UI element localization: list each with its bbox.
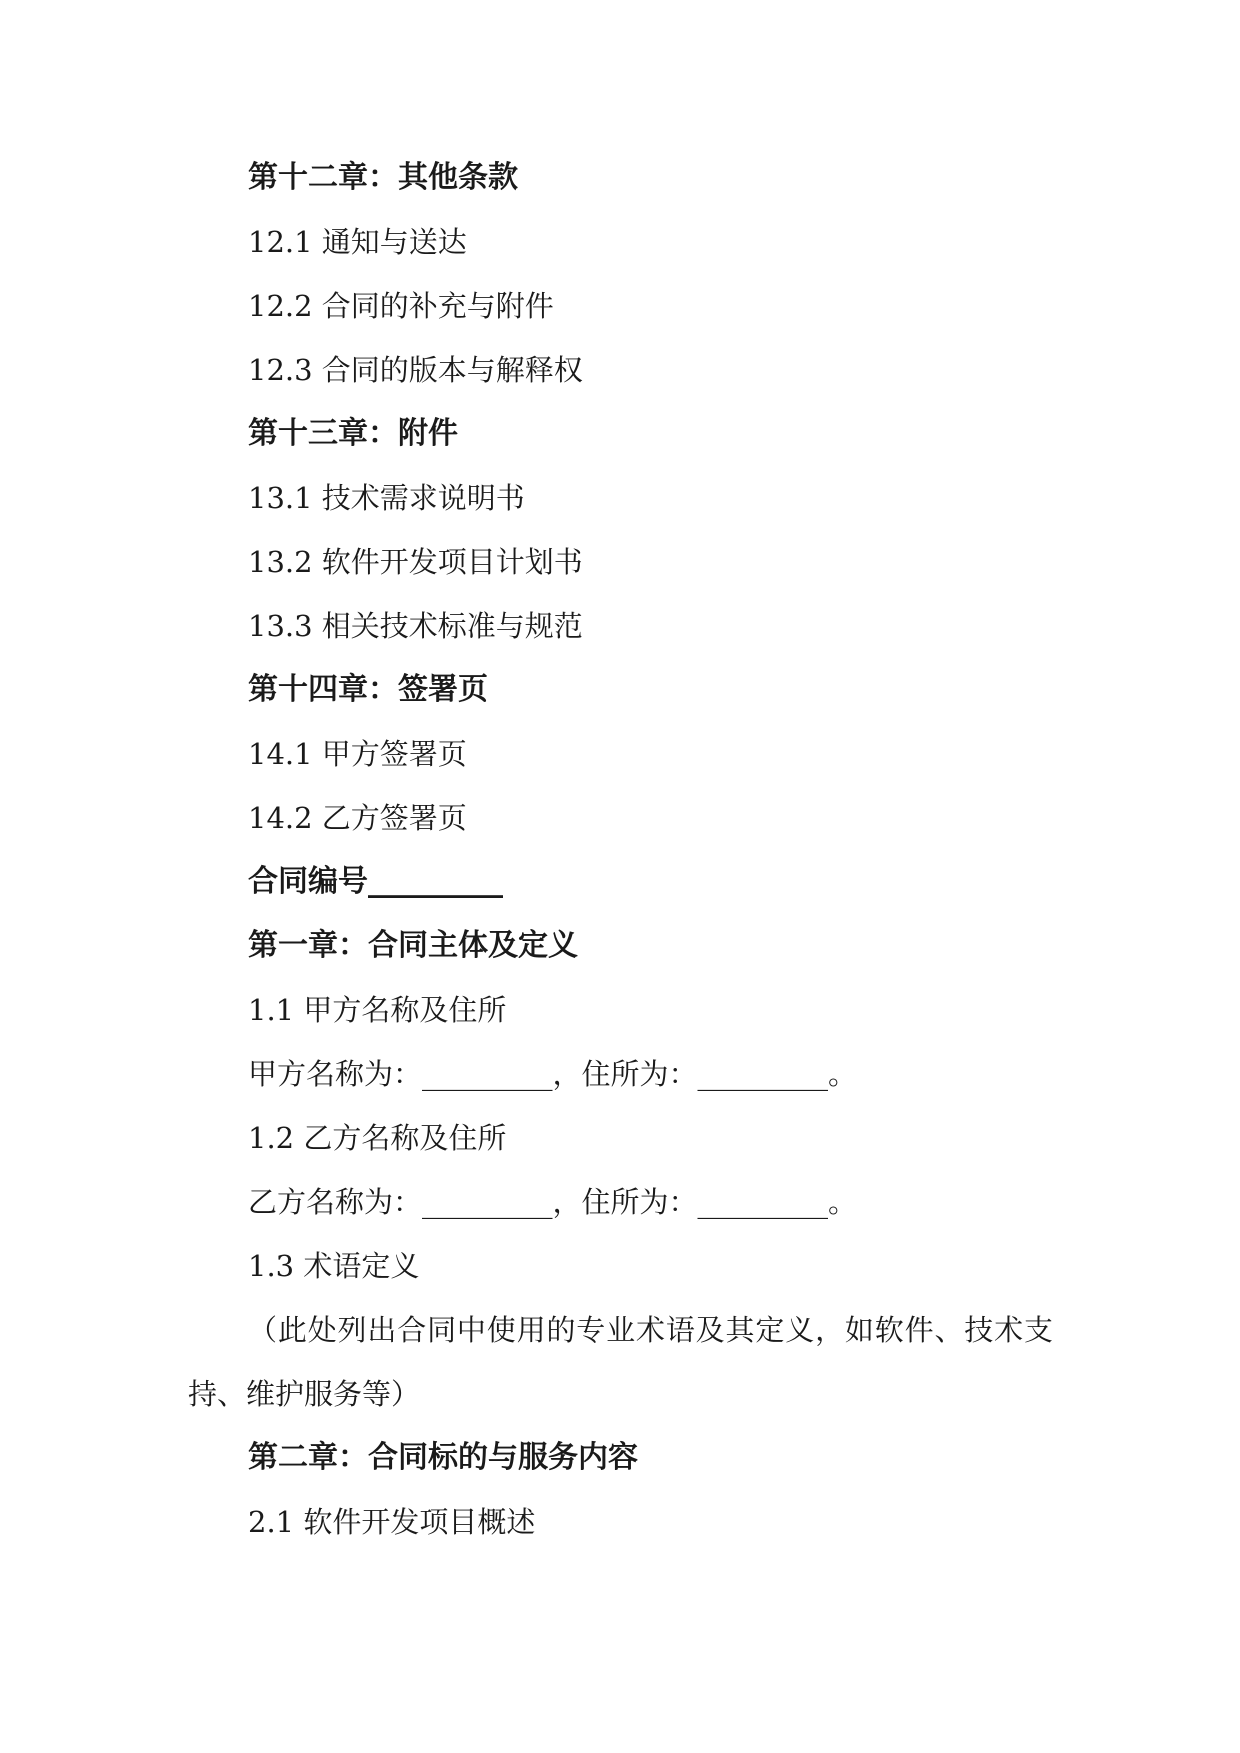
- section-item: 12.2 合同的补充与附件: [188, 274, 1053, 338]
- fill-in-line: 乙方名称为：_________，住所为：_________。: [188, 1170, 1053, 1234]
- section-item: 12.3 合同的版本与解释权: [188, 338, 1053, 402]
- section-item: 12.1 通知与送达: [188, 210, 1053, 274]
- section-item: 14.2 乙方签署页: [188, 786, 1053, 850]
- section-item: 13.1 技术需求说明书: [188, 466, 1053, 530]
- section-item: 14.1 甲方签署页: [188, 722, 1053, 786]
- section-item: 1.2 乙方名称及住所: [188, 1106, 1053, 1170]
- section-item: 1.3 术语定义: [188, 1234, 1053, 1298]
- chapter-heading: 第十四章：签署页: [188, 658, 1053, 722]
- paragraph-line: （此处列出合同中使用的专业术语及其定义，如软件、技术支: [188, 1298, 1053, 1362]
- section-item: 2.1 软件开发项目概述: [188, 1490, 1053, 1554]
- section-item: 13.2 软件开发项目计划书: [188, 530, 1053, 594]
- fill-in-line: 甲方名称为：_________，住所为：_________。: [188, 1042, 1053, 1106]
- chapter-heading: 第十二章：其他条款: [188, 146, 1053, 210]
- paragraph-line: 持、维护服务等）: [188, 1362, 1053, 1426]
- chapter-heading: 第一章：合同主体及定义: [188, 914, 1053, 978]
- contract-number-line: 合同编号_________: [188, 850, 1053, 914]
- document-page: 第十二章：其他条款 12.1 通知与送达 12.2 合同的补充与附件 12.3 …: [0, 0, 1240, 1753]
- section-item: 13.3 相关技术标准与规范: [188, 594, 1053, 658]
- section-item: 1.1 甲方名称及住所: [188, 978, 1053, 1042]
- chapter-heading: 第十三章：附件: [188, 402, 1053, 466]
- chapter-heading: 第二章：合同标的与服务内容: [188, 1426, 1053, 1490]
